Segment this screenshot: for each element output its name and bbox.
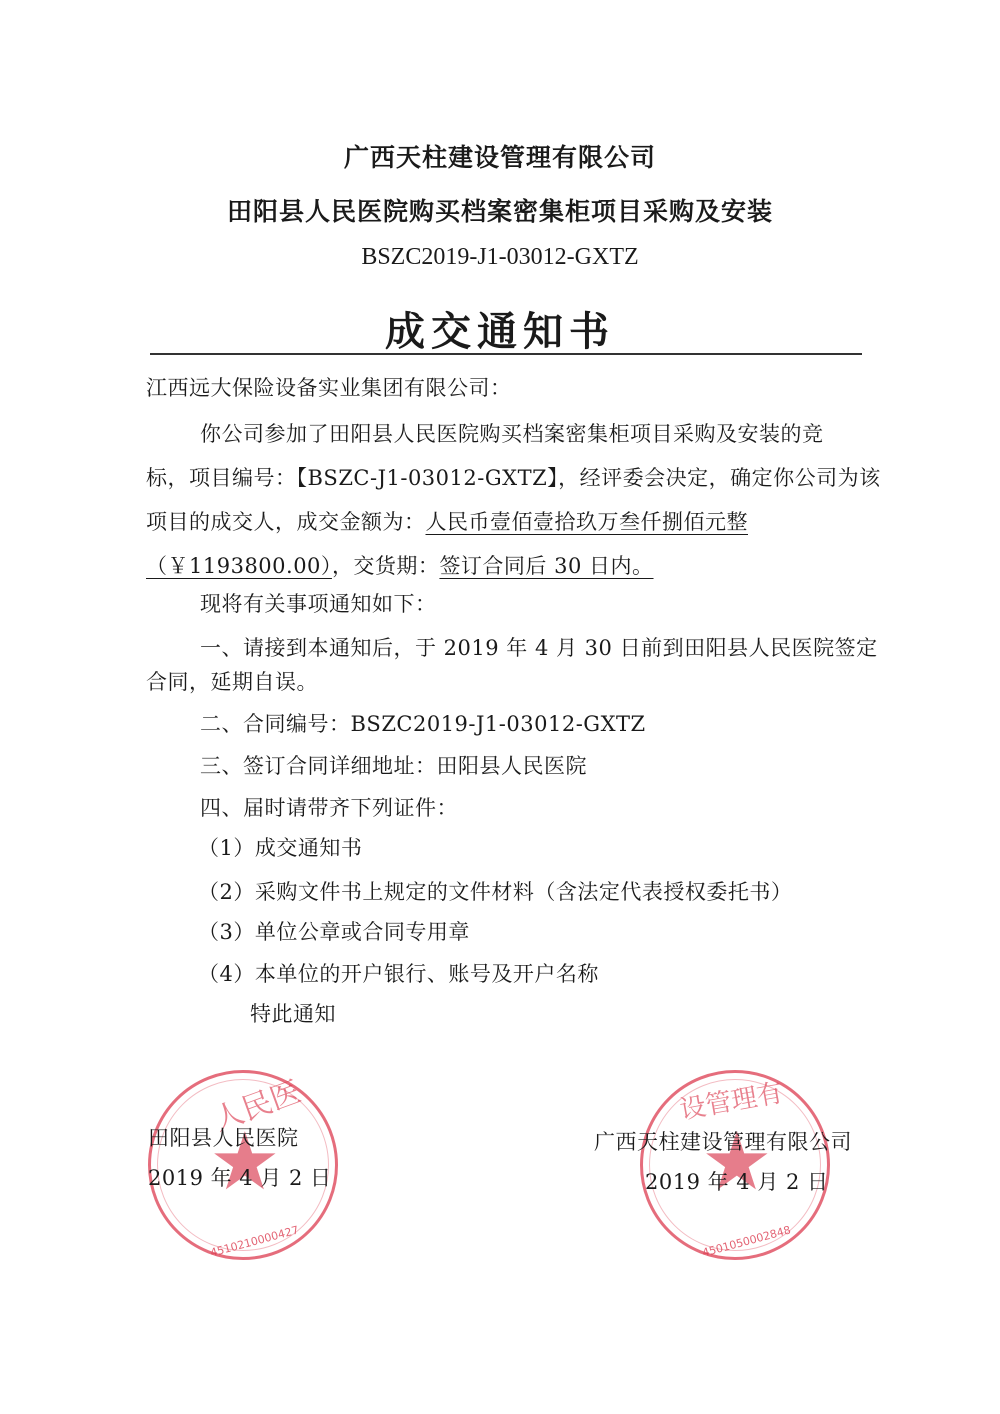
signatory-left-date: 2019 年 4 月 2 日	[148, 1162, 332, 1192]
document-list-item: （1）成交通知书	[198, 832, 362, 862]
project-heading: 田阳县人民医院购买档案密集柜项目采购及安装	[0, 192, 1000, 228]
paragraph-line: （￥1193800.00），交货期：签订合同后 30 日内。	[146, 550, 654, 580]
item-3-address: 三、签订合同详细地址：田阳县人民医院	[200, 750, 587, 780]
signatory-left-org: 田阳县人民医院	[148, 1122, 299, 1152]
document-list-item: （3）单位公章或合同专用章	[198, 916, 470, 946]
document-title: 成交通知书	[0, 300, 1000, 357]
item-4-documents: 四、届时请带齐下列证件：	[200, 792, 458, 822]
issuer-heading: 广西天柱建设管理有限公司	[0, 138, 1000, 174]
item-1: 一、请接到本通知后，于 2019 年 4 月 30 日前到田阳县人民医院签定	[200, 632, 878, 662]
notice-intro: 现将有关事项通知如下：	[200, 588, 437, 618]
document-list-item: （2）采购文件书上规定的文件材料（含法定代表授权委托书）	[198, 876, 792, 906]
paragraph-line: 标，项目编号：【BSZC-J1-03012-GXTZ】，经评委会决定，确定你公司…	[146, 462, 881, 492]
closing: 特此通知	[250, 998, 336, 1028]
item-2-contract-number: 二、合同编号：BSZC2019-J1-03012-GXTZ	[200, 708, 646, 738]
delivery-label: ，交货期：	[332, 554, 440, 578]
signatory-right-org: 广西天柱建设管理有限公司	[594, 1126, 852, 1156]
title-divider	[150, 353, 862, 355]
amount-numeric: （￥1193800.00）	[146, 554, 332, 578]
item-1-cont: 合同，延期自误。	[146, 666, 318, 696]
company-seal: ★ 设管理有 4501050002848	[640, 1070, 830, 1260]
recipient: 江西远大保险设备实业集团有限公司：	[146, 372, 512, 402]
paragraph-line: 项目的成交人，成交金额为：人民币壹佰壹拾玖万叁仟捌佰元整	[146, 506, 748, 536]
paragraph-line: 你公司参加了田阳县人民医院购买档案密集柜项目采购及安装的竞	[200, 418, 824, 448]
delivery-term: 签订合同后 30 日内。	[439, 554, 653, 578]
amount-in-words: 人民币壹佰壹拾玖万叁仟捌佰元整	[426, 510, 749, 534]
document-list-item: （4）本单位的开户银行、账号及开户名称	[198, 958, 599, 988]
signatory-right-date: 2019 年 4 月 2 日	[645, 1166, 829, 1196]
project-code: BSZC2019-J1-03012-GXTZ	[0, 244, 1000, 271]
award-label: 项目的成交人，成交金额为：	[146, 510, 426, 534]
